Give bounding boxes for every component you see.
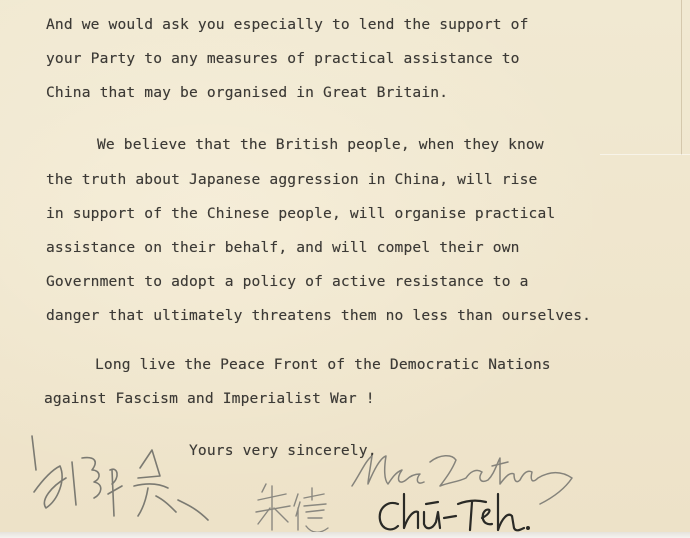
closing-salutation: Yours very sincerely, [189, 442, 377, 460]
signature-mao-tsetung [352, 456, 572, 504]
letter-line: Government to adopt a policy of active r… [46, 273, 529, 291]
letter-line: danger that ultimately threatens them no… [46, 307, 591, 325]
letter-line: in support of the Chinese people, will o… [46, 205, 555, 223]
letter-line: Long live the Peace Front of the Democra… [95, 356, 551, 374]
letter-line: the truth about Japanese aggression in C… [46, 171, 538, 189]
letter-line: your Party to any measures of practical … [46, 50, 520, 68]
letter-line: against Fascism and Imperialist War ! [44, 390, 375, 408]
signature-chu-teh [380, 494, 529, 530]
paper-fold-line [681, 0, 682, 155]
signature-zhu-de-chinese [256, 484, 328, 532]
signature-chinese-left [32, 436, 208, 520]
letter-line: And we would ask you especially to lend … [46, 16, 529, 34]
paper-fold-crease [600, 154, 690, 155]
letter-line: China that may be organised in Great Bri… [46, 84, 448, 102]
letter-line: We believe that the British people, when… [97, 136, 544, 154]
page-bottom-edge [0, 532, 690, 538]
letter-line: assistance on their behalf, and will com… [46, 239, 520, 257]
letter-page: And we would ask you especially to lend … [0, 0, 690, 538]
